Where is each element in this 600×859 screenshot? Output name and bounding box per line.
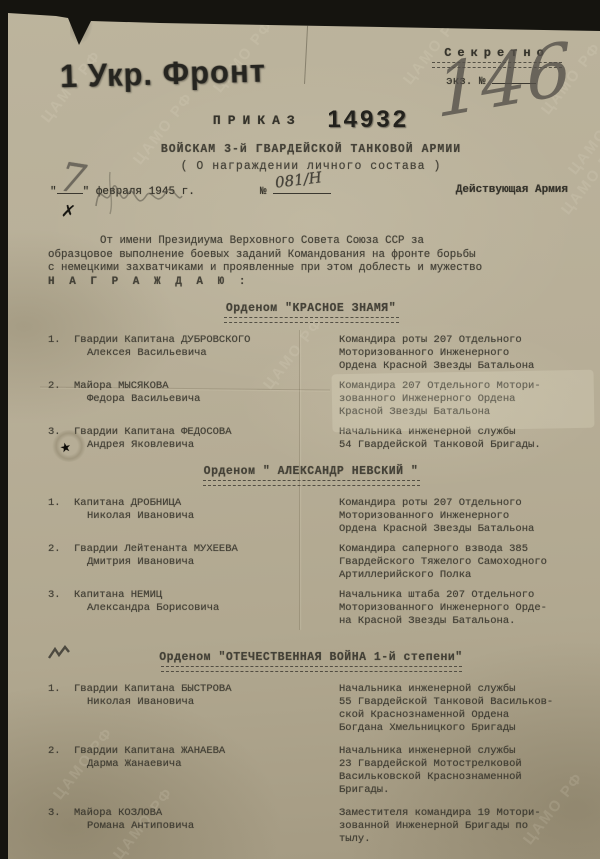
- order-number-stamp: 14932: [327, 106, 409, 133]
- document-number-group: № 081/Н: [260, 184, 331, 198]
- recipient-name: Гвардии Капитана БЫСТРОВА Николая Иванов…: [74, 683, 339, 735]
- recipient-number: 1.: [48, 497, 74, 536]
- recipient-row: 3.Капитана НЕМИЦ Александра БорисовичаНа…: [48, 589, 574, 628]
- date-left: "" февраля 1945 г. 7: [50, 184, 195, 198]
- recipient-row: 1.Гвардии Капитана БЫСТРОВА Николая Иван…: [48, 683, 574, 735]
- award-word: Н А Г Р А Ж Д А Ю :: [48, 276, 574, 290]
- recipient-description: Командира саперного взвода 385 Гвардейск…: [339, 543, 574, 582]
- section-title: Орденом " АЛЕКСАНДР НЕВСКИЙ ": [204, 465, 419, 478]
- section-header: Орденом " АЛЕКСАНДР НЕВСКИЙ ": [48, 461, 574, 486]
- recipient-description: Заместителя командира 19 Мотори- зованно…: [339, 807, 574, 846]
- recipient-number: 1.: [48, 334, 74, 373]
- document-number-label: №: [260, 186, 267, 198]
- preamble-line: образцовое выполнение боевых заданий Ком…: [48, 249, 574, 263]
- section-underline: [224, 317, 399, 323]
- recipient-description: Начальника штаба 207 Отдельного Моторизо…: [339, 589, 574, 628]
- recipient-number: 3.: [48, 589, 74, 628]
- recipient-description: Командира роты 207 Отдельного Моторизова…: [339, 497, 574, 536]
- recipient-row: 1.Капитана ДРОБНИЦА Николая ИвановичаКом…: [48, 497, 574, 536]
- recipient-row: 3.Майора КОЗЛОВА Романа АнтиповичаЗамест…: [48, 807, 574, 846]
- handwritten-scribble: [90, 166, 186, 218]
- section-title: Орденом "ОТЕЧЕСТВЕННАЯ ВОЙНА 1-й степени…: [159, 651, 462, 664]
- recipient-name: Гвардии Капитана ЖАНАЕВА Дарма Жанаевича: [74, 745, 339, 797]
- recipient-number: 1.: [48, 683, 74, 735]
- pencil-check-mark: [46, 644, 72, 664]
- date-row: "" февраля 1945 г. 7 № 081/Н Действующая…: [48, 182, 574, 200]
- section-title: Орденом "КРАСНОЕ ЗНАМЯ": [226, 302, 396, 315]
- award-section: Орденом "ОТЕЧЕСТВЕННАЯ ВОЙНА 1-й степени…: [48, 647, 574, 846]
- recipient-row: 1.Гвардии Капитана ДУБРОВСКОГО Алексея В…: [48, 334, 574, 373]
- order-title: ПРИКАЗ: [213, 113, 302, 128]
- recipient-number: 2.: [48, 745, 74, 797]
- section-header: Орденом "КРАСНОЕ ЗНАМЯ": [48, 298, 574, 323]
- award-section: Орденом " АЛЕКСАНДР НЕВСКИЙ "1.Капитана …: [48, 461, 574, 628]
- preamble-line: От имени Президиума Верховного Совета Со…: [48, 235, 574, 249]
- section-underline: [161, 666, 462, 672]
- recipient-description: Начальника инженерной службы 55 Гвардейс…: [339, 683, 574, 735]
- active-army-label: Действующая Армия: [456, 184, 568, 196]
- recipient-list: 1.Капитана ДРОБНИЦА Николая ИвановичаКом…: [48, 497, 574, 628]
- document-page: ЦАМО РФЦАМО РФЦАМО РФЦАМО РФЦАМО РФЦАМО …: [0, 0, 600, 859]
- recipient-description: Начальника инженерной службы 23 Гвардейс…: [339, 745, 574, 797]
- recipient-number: 2.: [48, 543, 74, 582]
- recipient-row: 2.Гвардии Капитана ЖАНАЕВА Дарма Жанаеви…: [48, 745, 574, 797]
- paper-patch: [332, 370, 595, 433]
- addressee-line: ВОЙСКАМ 3-й ГВАРДЕЙСКОЙ ТАНКОВОЙ АРМИИ: [48, 143, 574, 156]
- preamble-line: с немецкими захватчиками и проявленные п…: [48, 262, 574, 276]
- recipient-row: 2.Гвардии Лейтенанта МУХЕЕВА Дмитрия Ива…: [48, 543, 574, 582]
- vertical-crease: [299, 330, 300, 630]
- document-number-blank: 081/Н: [273, 184, 331, 194]
- section-underline: [203, 480, 420, 486]
- order-line: ПРИКАЗ 14932: [48, 106, 574, 134]
- recipient-row: 3.Гвардии Капитана ФЕДОСОВА Андрея Яковл…: [48, 426, 574, 452]
- section-header: Орденом "ОТЕЧЕСТВЕННАЯ ВОЙНА 1-й степени…: [48, 647, 574, 672]
- preamble: От имени Президиума Верховного Совета Со…: [48, 235, 574, 289]
- recipient-list: 1.Гвардии Капитана БЫСТРОВА Николая Иван…: [48, 683, 574, 846]
- recipient-name: Майора КОЗЛОВА Романа Антиповича: [74, 807, 339, 846]
- recipient-number: 3.: [48, 807, 74, 846]
- scanned-document-screenshot: { "stamp_header": "1 Укр. Фронт", "class…: [0, 0, 600, 859]
- date-open-quote: ": [50, 186, 57, 198]
- recipient-description: Командира роты 207 Отдельного Моторизова…: [339, 334, 574, 373]
